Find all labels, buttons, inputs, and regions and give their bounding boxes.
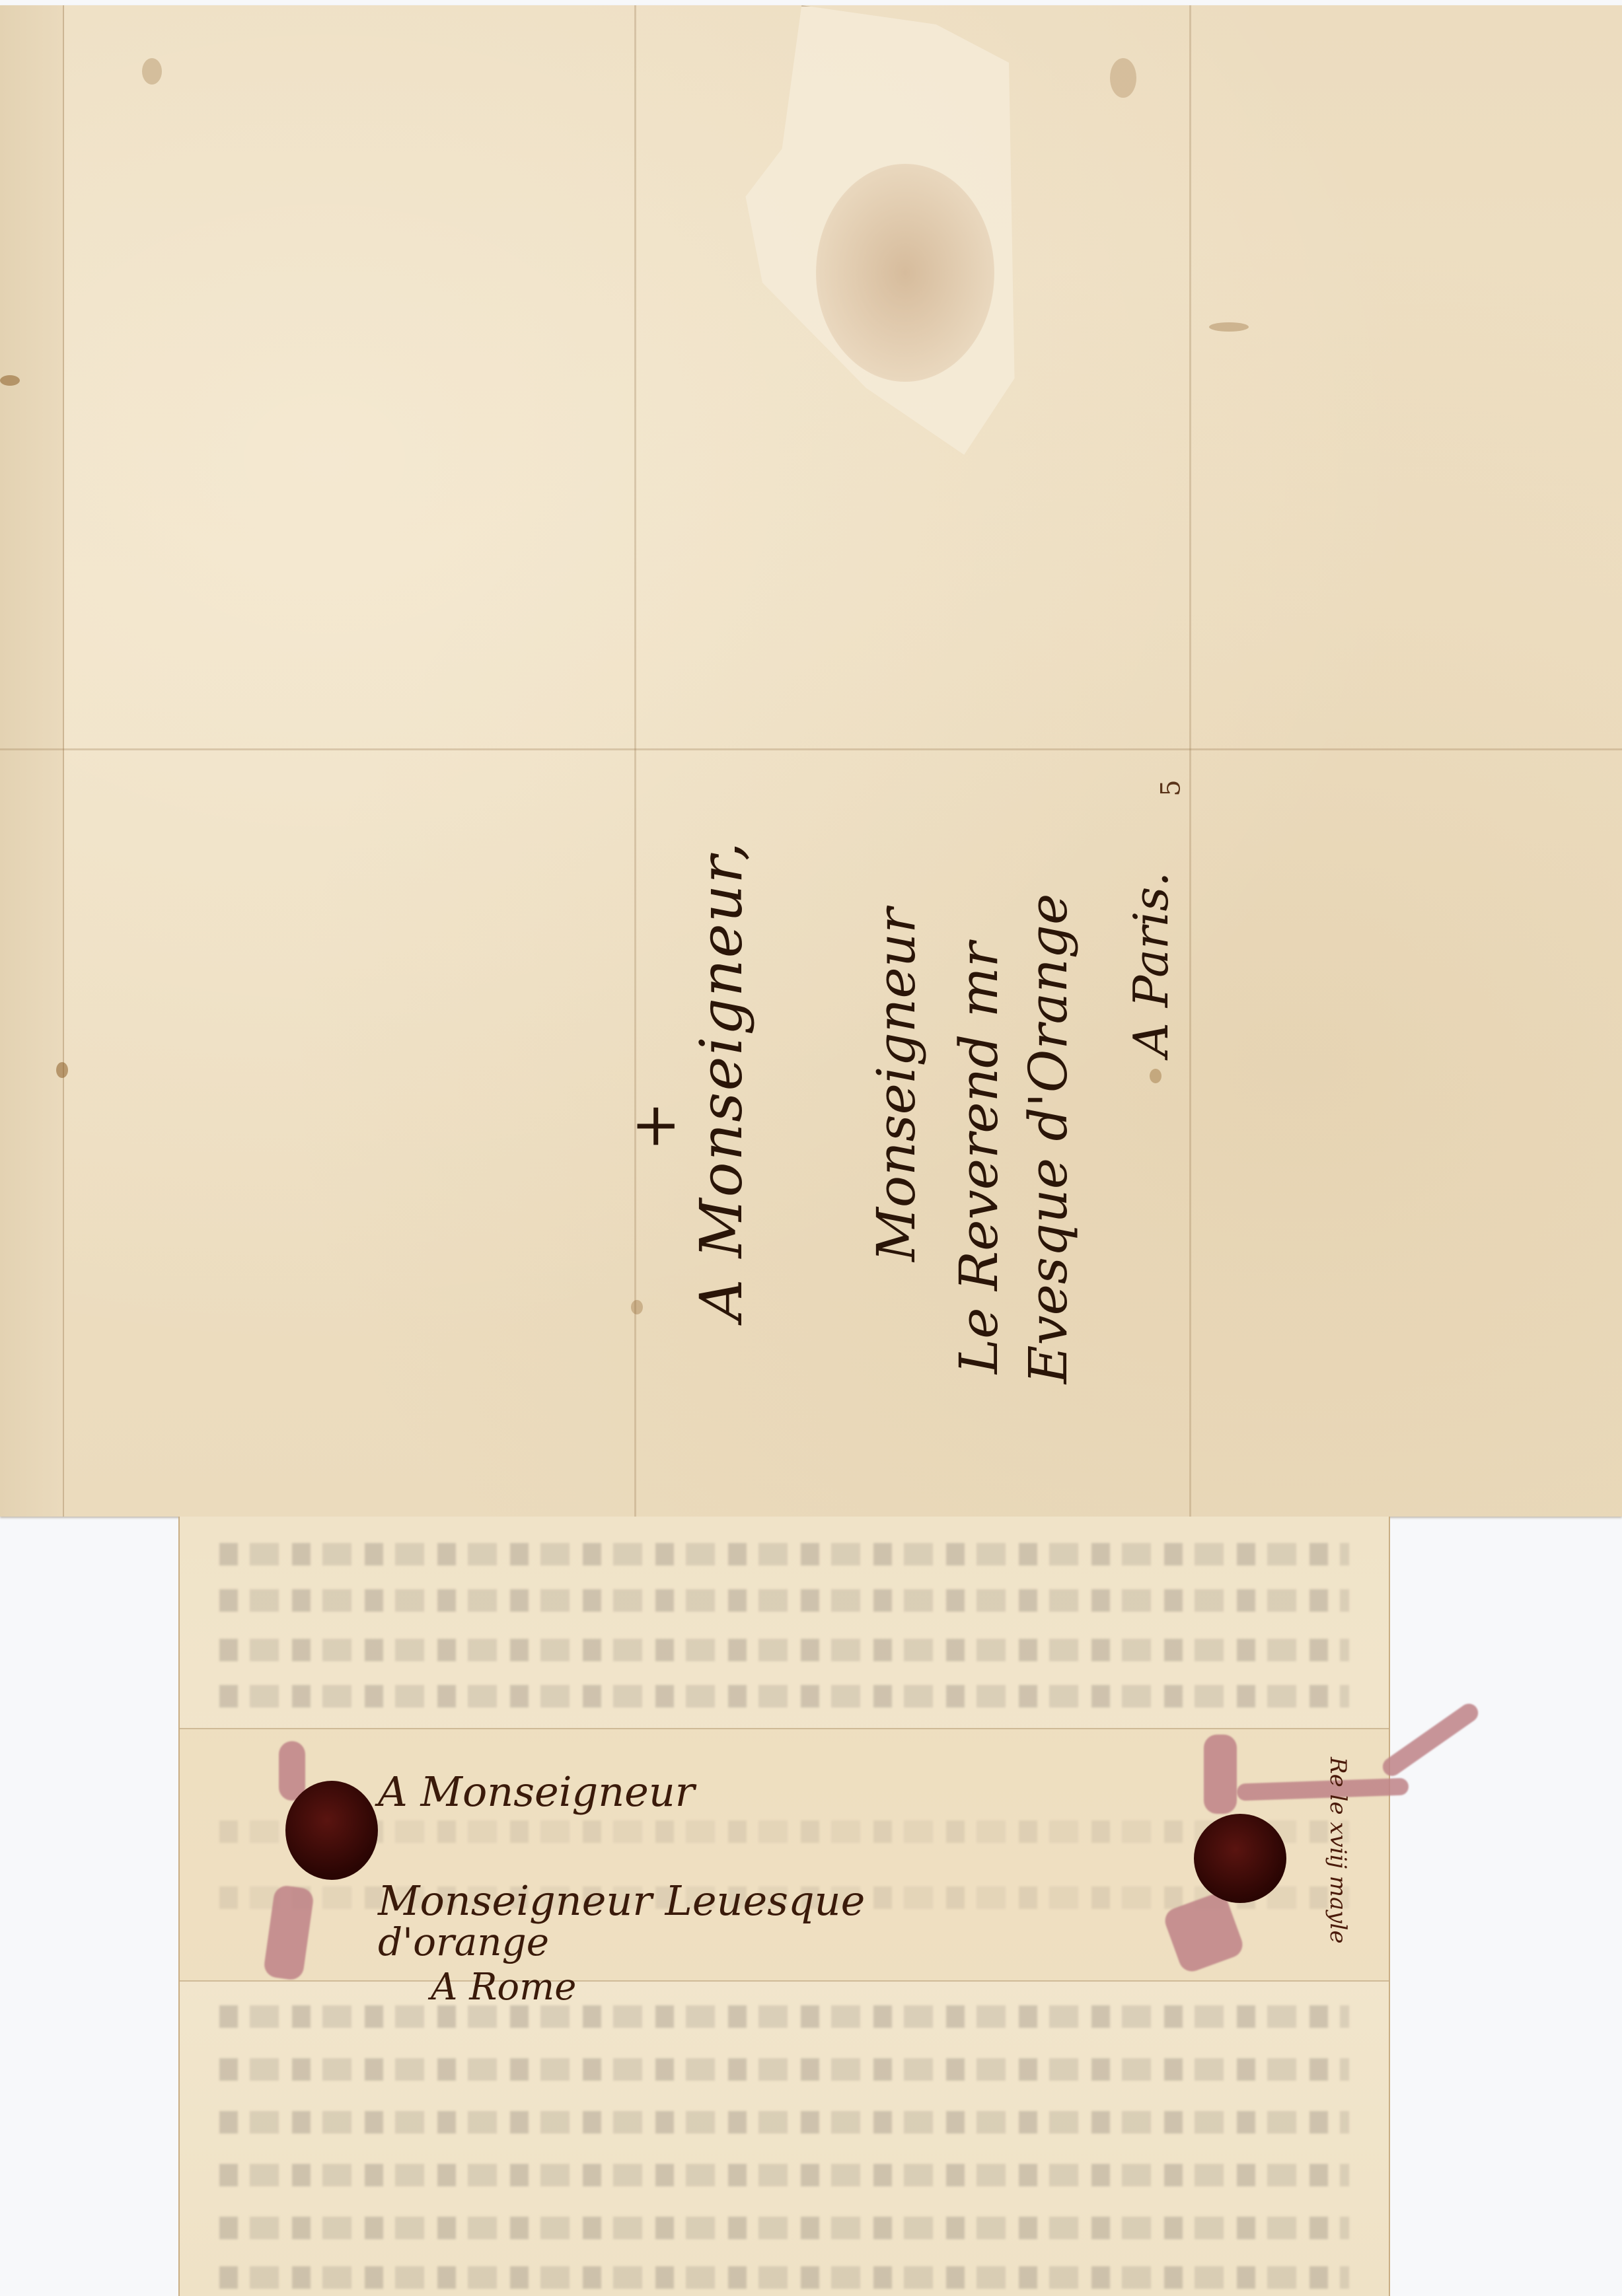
wax-seal-right	[1194, 1814, 1286, 1903]
fold-line-vertical-2	[1189, 5, 1191, 1517]
cross-mark: +	[631, 1090, 681, 1159]
foxing-spot	[631, 1300, 643, 1314]
foxing-spot	[1150, 1069, 1161, 1083]
cover-address-line-5: A Paris.	[1123, 872, 1179, 1057]
water-stain	[816, 164, 994, 382]
bleed-through-text	[219, 2164, 1349, 2186]
letter-address-line-2: Monseigneur Leuesque	[378, 1877, 865, 1925]
cover-sheet	[0, 5, 1622, 1517]
letter-address-line-4: A Rome	[431, 1966, 576, 2009]
page-number-mark: 5	[1156, 779, 1187, 796]
cover-address-line-2: Monseigneur	[866, 908, 927, 1262]
cover-address-line-4: Evesque d'Orange	[1017, 894, 1079, 1384]
foxing-spot	[1110, 58, 1136, 98]
receipt-note: Re le xviij mayle	[1325, 1757, 1351, 1944]
silk-thread	[279, 1741, 305, 1801]
cover-address-line-3: Le Reverend mr	[948, 942, 1010, 1374]
left-edge-strip	[0, 5, 64, 1517]
fold-line-vertical-1	[634, 5, 636, 1517]
enclosed-letter: A Monseigneur Monseigneur Leuesque d'ora…	[178, 1517, 1390, 2296]
bleed-through-text	[219, 1685, 1349, 1707]
letter-address-line-3: d'orange	[378, 1919, 549, 1964]
fold-line-horizontal	[0, 748, 1622, 750]
letter-address-line-1: A Monseigneur	[378, 1768, 694, 1816]
foxing-spot	[0, 375, 20, 386]
bleed-through-text	[219, 2058, 1349, 2081]
silk-thread	[1204, 1735, 1237, 1814]
bleed-through-text	[219, 2266, 1349, 2289]
wax-seal-left	[285, 1781, 378, 1880]
foxing-spot	[142, 58, 162, 85]
foxing-spot	[56, 1062, 68, 1078]
foxing-spot	[1209, 322, 1249, 332]
bleed-through-text	[219, 2005, 1349, 2028]
bleed-through-text	[219, 1639, 1349, 1661]
bleed-through-text	[219, 2217, 1349, 2239]
bleed-through-text	[219, 1589, 1349, 1612]
bleed-through-text	[219, 1820, 1349, 1843]
cover-address-line-1: A Monseigneur,	[687, 841, 755, 1321]
bleed-through-text	[219, 1543, 1349, 1565]
silk-thread-loose-end	[1379, 1700, 1481, 1779]
bleed-through-text	[219, 2111, 1349, 2134]
